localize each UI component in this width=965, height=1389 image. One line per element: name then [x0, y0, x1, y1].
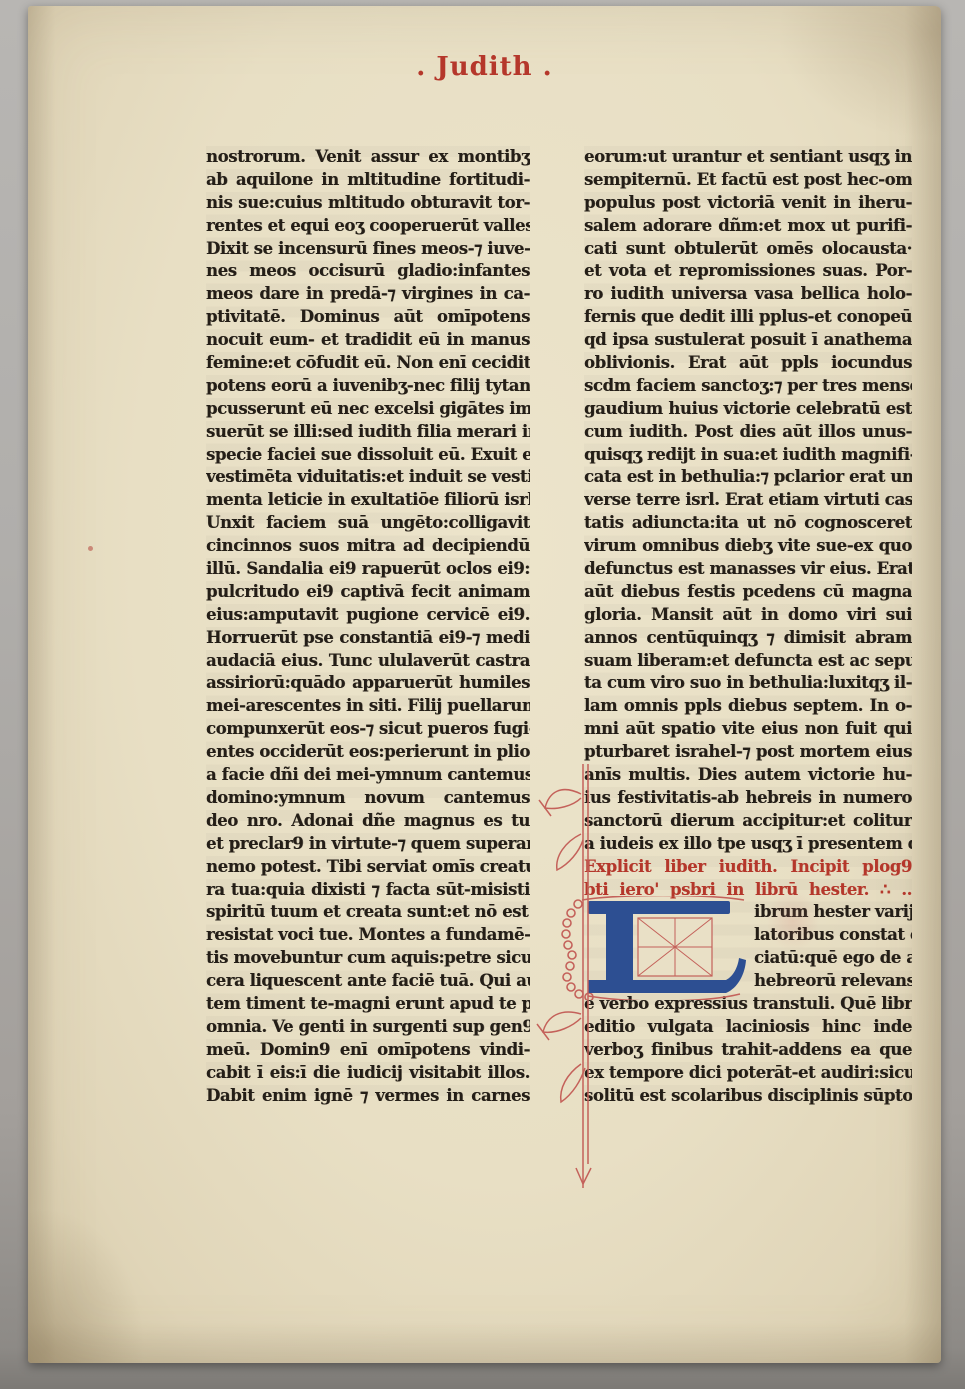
text-line: cincinnos suos mitra ad decipiendū: [206, 535, 530, 558]
text-line: ex tempore dici poterāt-et audiri:sicud: [584, 1062, 912, 1085]
text-column-left: nostrorum. Venit assur ex montibʒab aqui…: [206, 146, 530, 1107]
text-line: nocuit eum- et tradidit eū in manus: [206, 329, 530, 352]
text-line: solitū est scolaribus disciplinis sūpto: [584, 1085, 912, 1108]
text-line: quisqʒ redijt in sua:et iudith magnifi-: [584, 444, 912, 467]
text-line: audaciā eius. Tunc ululaverūt castra: [206, 650, 530, 673]
text-line: deo nro. Adonai dñe magnus es tu: [206, 810, 530, 833]
text-line: tem timent te-magni erunt apud te p: [206, 993, 530, 1016]
text-line: entes occiderūt eos:perierunt in plio: [206, 741, 530, 764]
text-line: illū. Sandalia ei9 rapuerūt oclos ei9:: [206, 558, 530, 581]
text-line: et vota et repromissiones suas. Por-: [584, 260, 912, 283]
text-line: tatis adiuncta:ita ut nō cognosceret: [584, 512, 912, 535]
text-line: spiritū tuum et creata sunt:et nō est q̄: [206, 901, 530, 924]
text-line: domino:ymnum novum cantemus: [206, 787, 530, 810]
manuscript-scan: . Judith . nostrorum. Venit assur ex mon…: [0, 0, 965, 1389]
text-line: nes meos occisurū gladio:infantes: [206, 260, 530, 283]
text-line: editio vulgata laciniosis hinc inde: [584, 1016, 912, 1039]
text-line: cata est in bethulia:⁊ pclarior erat uni…: [584, 466, 912, 489]
text-line: ta cum viro suo in bethulia:luxitqʒ il-: [584, 672, 912, 695]
text-line: eius:amputavit pugione cervicē ei9.: [206, 604, 530, 627]
text-line: nostrorum. Venit assur ex montibʒ: [206, 146, 530, 169]
text-line: lam omnis ppls diebus septem. In o-: [584, 695, 912, 718]
text-line: ptivitatē. Dominus aūt omīpotens: [206, 306, 530, 329]
text-line: omnia. Ve genti in surgenti sup gen9: [206, 1016, 530, 1039]
text-line: menta leticie in exultatiōe filiorū isrl…: [206, 489, 530, 512]
text-line: vestimēta viduitatis:et induit se vesti-: [206, 466, 530, 489]
text-line: femine:et cōfudit eū. Non enī cecidit: [206, 352, 530, 375]
text-line: tis movebuntur cum aquis:petre sicut: [206, 947, 530, 970]
text-line: verse terre isrl. Erat etiam virtuti cas…: [584, 489, 912, 512]
text-line: resistat voci tue. Montes a fundamē-: [206, 924, 530, 947]
text-line: potens eorū a iuvenibʒ-nec filij tytan: [206, 375, 530, 398]
text-line: sempiternū. Et factū est post hec-omīs: [584, 169, 912, 192]
running-title: . Judith .: [28, 52, 941, 82]
text-line: scdm faciem sanctoʒ:⁊ per tres menses: [584, 375, 912, 398]
text-line: ius festivitatis-ab hebreis in numero: [584, 787, 912, 810]
text-line: suam liberam:et defuncta est ac sepul-: [584, 650, 912, 673]
text-line: assiriorū:quādo apparuerūt humiles: [206, 672, 530, 695]
text-line: Dixit se incensurū fines meos-⁊ iuve-: [206, 238, 530, 261]
text-line: cati sunt obtulerūt omēs olocausta·: [584, 238, 912, 261]
text-line: nis sue:cuius mltitudo obturavit tor-: [206, 192, 530, 215]
text-line: cera liquescent ante faciē tuā. Qui au-: [206, 970, 530, 993]
rubric-line: Explicit liber iudith. Incipit plog9: [584, 856, 912, 879]
text-line: rentes et equi eoʒ cooperuerūt valles.: [206, 215, 530, 238]
text-line: nemo potest. Tibi serviat omīs creatu-: [206, 856, 530, 879]
ink-stain: [758, 881, 828, 961]
text-column-right: eorum:ut urantur et sentiant usqʒ insemp…: [584, 146, 912, 1107]
parchment-page: . Judith . nostrorum. Venit assur ex mon…: [28, 6, 941, 1363]
text-line: pturbaret israhel-⁊ post mortem eius: [584, 741, 912, 764]
text-line: pulcritudo ei9 captivā fecit animam: [206, 581, 530, 604]
text-line: annos centūquinqʒ ⁊ dimisit abram: [584, 627, 912, 650]
text-line: anīs multis. Dies autem victorie hu-: [584, 764, 912, 787]
text-line: ro iudith universa vasa bellica holo-: [584, 283, 912, 306]
text-line: cabit ī eis:ī die iudicij visitabit illo…: [206, 1062, 530, 1085]
text-line: pcusserunt eū nec excelsi gigātes impo-: [206, 398, 530, 421]
text-line: qd ipsa sustulerat posuit ī anathema: [584, 329, 912, 352]
text-line: fernis que dedit illi pplus-et conopeū: [584, 306, 912, 329]
text-line: defunctus est manasses vir eius. Erat: [584, 558, 912, 581]
text-line: sanctorū dierum accipitur:et colitur: [584, 810, 912, 833]
text-line: Horruerūt pse constantiā ei9-⁊ medi: [206, 627, 530, 650]
text-line: gloria. Mansit aūt in domo viri sui: [584, 604, 912, 627]
text-line: Dabit enim ignē ⁊ vermes in carnes: [206, 1085, 530, 1108]
text-line: oblivionis. Erat aūt ppls iocundus: [584, 352, 912, 375]
text-line: et preclar9 in virtute-⁊ quem superare: [206, 833, 530, 856]
penwork-flourish-icon: [531, 764, 609, 1188]
text-line: mni aūt spatio vite eius non fuit qui: [584, 718, 912, 741]
text-line: a iudeis ex illo tpe usqʒ ī presentem di…: [584, 833, 912, 856]
text-line: meos dare in predā-⁊ virgines in ca-: [206, 283, 530, 306]
margin-dot-mark: [88, 546, 93, 551]
text-line: suerūt se illi:sed iudith filia merari i…: [206, 421, 530, 444]
text-line: meū. Domin9 enī omīpotens vindi-: [206, 1039, 530, 1062]
text-line: eorum:ut urantur et sentiant usqʒ in: [584, 146, 912, 169]
text-line: ab aquilone in mltitudine fortitudi-: [206, 169, 530, 192]
text-line: mei-arescentes in siti. Filij puellarum: [206, 695, 530, 718]
text-line: compunxerūt eos-⁊ sicut pueros fugi-: [206, 718, 530, 741]
text-line: verboʒ finibus trahit-addens ea que: [584, 1039, 912, 1062]
text-line: a facie dñi dei mei-ymnum cantemus: [206, 764, 530, 787]
text-line: cum iudith. Post dies aūt illos unus-: [584, 421, 912, 444]
text-line: specie faciei sue dissoluit eū. Exuit en…: [206, 444, 530, 467]
text-line: virum omnibus diebʒ vite sue-ex quo: [584, 535, 912, 558]
text-line: salem adorare dñm:et mox ut purifi-: [584, 215, 912, 238]
text-line: Unxit faciem suā ungēto:colligavit: [206, 512, 530, 535]
text-line: gaudium huius victorie celebratū est: [584, 398, 912, 421]
text-line: aūt diebus festis pcedens cū magna: [584, 581, 912, 604]
text-line: populus post victoriā venit in iheru-: [584, 192, 912, 215]
text-line: ra tua:quia dixisti ⁊ facta sūt-misisti: [206, 879, 530, 902]
